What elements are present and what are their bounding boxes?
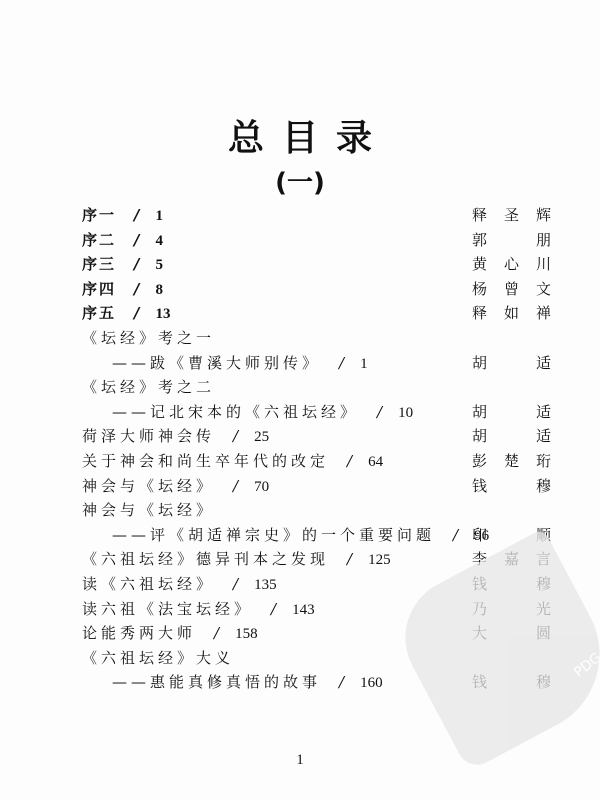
page-separator: /: [134, 228, 139, 253]
toc-entry-title: 《六祖坛经》德异刊本之发现/125: [82, 547, 391, 573]
toc-entry-title: 《六祖坛经》大义: [82, 646, 234, 671]
entry-page-number: 25: [254, 429, 269, 445]
toc-entry-title: 序二/4: [82, 228, 163, 254]
toc-entry: 荷泽大师神会传/25胡适: [82, 424, 552, 449]
entry-text: 序三: [82, 255, 116, 273]
page-separator: /: [134, 301, 139, 326]
entry-author: 胡适: [472, 400, 552, 425]
page-separator: /: [134, 252, 139, 277]
entry-page-number: 10: [398, 405, 413, 421]
entry-page-number: 13: [156, 306, 171, 322]
toc-entry-title: 《坛经》考之一: [82, 326, 215, 351]
toc-entry-title: 序三/5: [82, 252, 163, 278]
toc-entry: 读六祖《法宝坛经》/143乃光: [82, 597, 552, 622]
entry-page-number: 8: [156, 282, 164, 298]
toc-entry-title: 读六祖《法宝坛经》/143: [82, 597, 315, 623]
entry-text: 关于神会和尚生卒年代的改定: [82, 452, 329, 470]
toc-entry-title: 关于神会和尚生卒年代的改定/64: [82, 449, 383, 475]
entry-page-number: 64: [368, 454, 383, 470]
volume-label: (一): [0, 162, 600, 199]
entry-text: ——跋《曹溪大师别传》: [112, 354, 321, 372]
entry-text: 《坛经》考之一: [82, 329, 215, 347]
entry-page-number: 160: [360, 675, 383, 691]
entry-text: ——惠能真修真悟的故事: [112, 673, 321, 691]
toc-entry: 序二/4郭朋: [82, 228, 552, 253]
toc-entry: 神会与《坛经》/70钱穆: [82, 474, 552, 499]
entry-page-number: 135: [254, 577, 277, 593]
entry-author: 钱穆: [472, 474, 552, 499]
toc-entry: ——跋《曹溪大师别传》/1胡适: [82, 351, 552, 376]
entry-page-number: 4: [156, 233, 164, 249]
entry-text: 神会与《坛经》: [82, 501, 215, 519]
page-number: 1: [0, 752, 600, 769]
entry-page-number: 1: [156, 208, 164, 224]
entry-page-number: 70: [254, 479, 269, 495]
watermark-text: PDG: [571, 650, 600, 681]
toc-entry: 《六祖坛经》大义: [82, 646, 552, 671]
entry-text: 《坛经》考之二: [82, 378, 215, 396]
toc-entry: 关于神会和尚生卒年代的改定/64彭楚珩: [82, 449, 552, 474]
page-separator: /: [233, 572, 238, 597]
entry-text: 论能秀两大师: [82, 624, 196, 642]
toc-entry-title: ——评《胡适禅宗史》的一个重要问题/96: [112, 523, 489, 549]
toc-entry: 序三/5黄心川: [82, 252, 552, 277]
toc-entry: 序五/13释如禅: [82, 301, 552, 326]
entry-text: 读《六祖坛经》: [82, 575, 215, 593]
page-title: 总目录: [0, 110, 600, 161]
toc-entry-title: 读《六祖坛经》/135: [82, 572, 277, 598]
entry-text: 读六祖《法宝坛经》: [82, 600, 253, 618]
entry-text: ——记北宋本的《六祖坛经》: [112, 403, 359, 421]
page-separator: /: [453, 523, 458, 548]
entry-author: 郭朋: [472, 228, 552, 253]
page-separator: /: [377, 400, 382, 425]
entry-author: 印顺: [472, 523, 552, 548]
entry-text: ——评《胡适禅宗史》的一个重要问题: [112, 526, 435, 544]
toc-entry: 序一/1释圣辉: [82, 203, 552, 228]
page-separator: /: [347, 547, 352, 572]
entry-author: 钱穆: [472, 670, 552, 695]
entry-author: 释如禅: [472, 301, 552, 326]
toc-entry: ——评《胡适禅宗史》的一个重要问题/96印顺: [82, 523, 552, 548]
toc-entry-title: 序五/13: [82, 301, 171, 327]
entry-author: 杨曾文: [472, 277, 552, 302]
entry-page-number: 125: [368, 552, 391, 568]
toc-entry: 《六祖坛经》德异刊本之发现/125李嘉言: [82, 547, 552, 572]
toc-entry-title: 序四/8: [82, 277, 163, 303]
entry-author: 乃光: [472, 597, 552, 622]
toc-entry-title: 论能秀两大师/158: [82, 621, 258, 647]
table-of-contents: 序一/1释圣辉序二/4郭朋序三/5黄心川序四/8杨曾文序五/13释如禅《坛经》考…: [82, 203, 552, 695]
toc-entry-title: ——惠能真修真悟的故事/160: [112, 670, 383, 696]
page-separator: /: [134, 203, 139, 228]
entry-author: 释圣辉: [472, 203, 552, 228]
toc-entry-title: ——记北宋本的《六祖坛经》/10: [112, 400, 413, 426]
toc-entry: ——惠能真修真悟的故事/160钱穆: [82, 670, 552, 695]
toc-entry-title: 神会与《坛经》: [82, 498, 215, 523]
entry-page-number: 143: [292, 602, 315, 618]
toc-entry-title: 序一/1: [82, 203, 163, 229]
entry-page-number: 5: [156, 257, 164, 273]
document-page: 总目录 (一) 序一/1释圣辉序二/4郭朋序三/5黄心川序四/8杨曾文序五/13…: [0, 0, 600, 800]
toc-entry: 论能秀两大师/158大圆: [82, 621, 552, 646]
entry-page-number: 158: [235, 626, 258, 642]
entry-text: 序四: [82, 280, 116, 298]
page-separator: /: [233, 424, 238, 449]
page-separator: /: [339, 351, 344, 376]
entry-text: 序一: [82, 206, 116, 224]
entry-text: 序五: [82, 304, 116, 322]
toc-entry-title: ——跋《曹溪大师别传》/1: [112, 351, 368, 377]
entry-page-number: 1: [360, 356, 368, 372]
entry-author: 胡适: [472, 424, 552, 449]
toc-entry: 序四/8杨曾文: [82, 277, 552, 302]
entry-author: 黄心川: [472, 252, 552, 277]
toc-entry: 《坛经》考之一: [82, 326, 552, 351]
entry-author: 大圆: [472, 621, 552, 646]
toc-entry-title: 神会与《坛经》/70: [82, 474, 269, 500]
toc-entry-title: 《坛经》考之二: [82, 375, 215, 400]
toc-entry: 读《六祖坛经》/135钱穆: [82, 572, 552, 597]
entry-text: 序二: [82, 231, 116, 249]
page-separator: /: [339, 670, 344, 695]
toc-entry: 神会与《坛经》: [82, 498, 552, 523]
toc-entry-title: 荷泽大师神会传/25: [82, 424, 269, 450]
page-separator: /: [347, 449, 352, 474]
toc-entry: 《坛经》考之二: [82, 375, 552, 400]
entry-author: 彭楚珩: [472, 449, 552, 474]
entry-text: 《六祖坛经》大义: [82, 649, 234, 667]
entry-text: 神会与《坛经》: [82, 477, 215, 495]
page-separator: /: [233, 474, 238, 499]
toc-entry: ——记北宋本的《六祖坛经》/10胡适: [82, 400, 552, 425]
entry-text: 荷泽大师神会传: [82, 427, 215, 445]
page-separator: /: [214, 621, 219, 646]
entry-text: 《六祖坛经》德异刊本之发现: [82, 550, 329, 568]
page-separator: /: [271, 597, 276, 622]
entry-author: 李嘉言: [472, 547, 552, 572]
entry-author: 钱穆: [472, 572, 552, 597]
entry-author: 胡适: [472, 351, 552, 376]
page-separator: /: [134, 277, 139, 302]
